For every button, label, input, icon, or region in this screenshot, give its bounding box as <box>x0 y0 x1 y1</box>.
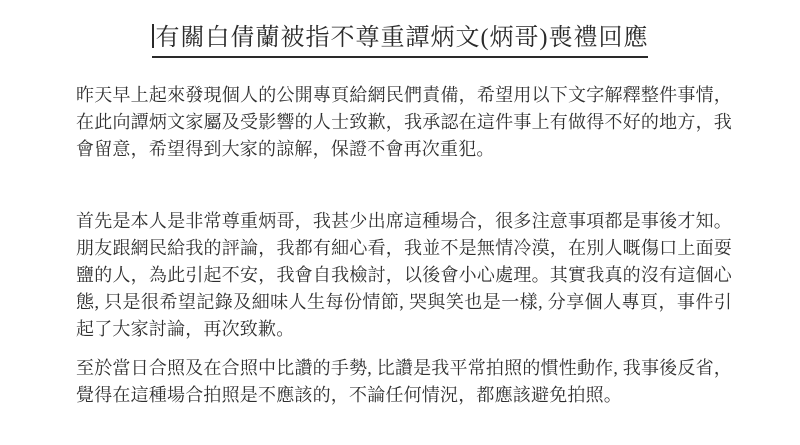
title-row: 有關白倩蘭被指不尊重譚炳文(炳哥)喪禮回應 <box>0 24 800 58</box>
document-title-text: 有關白倩蘭被指不尊重譚炳文(炳哥)喪禮回應 <box>156 25 649 51</box>
paragraph-apology-intro: 昨天早上起來發現個人的公開專頁給網民們責備，希望用以下文字解釋整件事情，在此向譚… <box>76 82 732 163</box>
text-cursor <box>152 24 154 48</box>
document-title: 有關白倩蘭被指不尊重譚炳文(炳哥)喪禮回應 <box>152 24 649 58</box>
paragraph-explanation: 首先是本人是非常尊重炳哥，我甚少出席這種場合，很多注意事項都是事後才知。朋友跟網… <box>76 208 732 343</box>
paragraph-photo-gesture: 至於當日合照及在合照中比讚的手勢, 比讚是我平常拍照的慣性動作, 我事後反省，覺… <box>76 355 732 409</box>
statement-document: 有關白倩蘭被指不尊重譚炳文(炳哥)喪禮回應 昨天早上起來發現個人的公開專頁給網民… <box>0 0 800 445</box>
